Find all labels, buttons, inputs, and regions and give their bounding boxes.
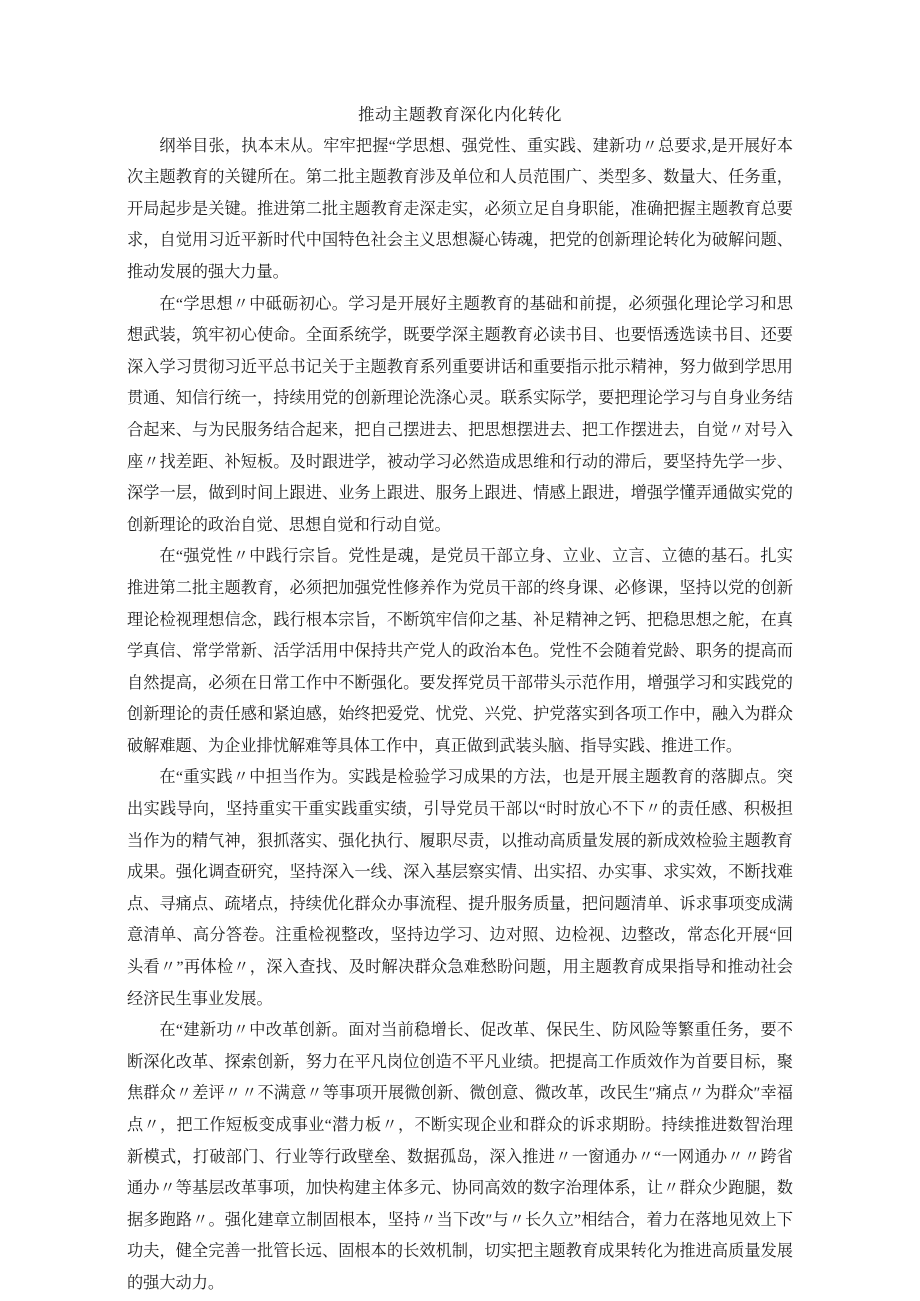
body-paragraph-5: 在“建新功〃中改革创新。面对当前稳增长、促改革、保民生、防风险等繁重任务，要不断… (127, 1015, 793, 1299)
body-paragraph-4: 在“重实践〃中担当作为。实践是检验学习成果的方法，也是开展主题教育的落脚点。突出… (127, 762, 793, 1015)
body-paragraph-3: 在“强党性〃中践行宗旨。党性是魂，是党员干部立身、立业、立言、立德的基石。扎实推… (127, 541, 793, 762)
document-title: 推动主题教育深化内化转化 (127, 99, 793, 131)
body-paragraph-2: 在“学思想〃中砥砺初心。学习是开展好主题教育的基础和前提，必须强化理论学习和思想… (127, 289, 793, 542)
document-page: 推动主题教育深化内化转化 纲举目张，执本末从。牢牢把握“学思想、强党性、重实践、… (0, 0, 920, 1301)
body-paragraph-1: 纲举目张，执本末从。牢牢把握“学思想、强党性、重实践、建新功〃总要求,是开展好本… (127, 131, 793, 289)
